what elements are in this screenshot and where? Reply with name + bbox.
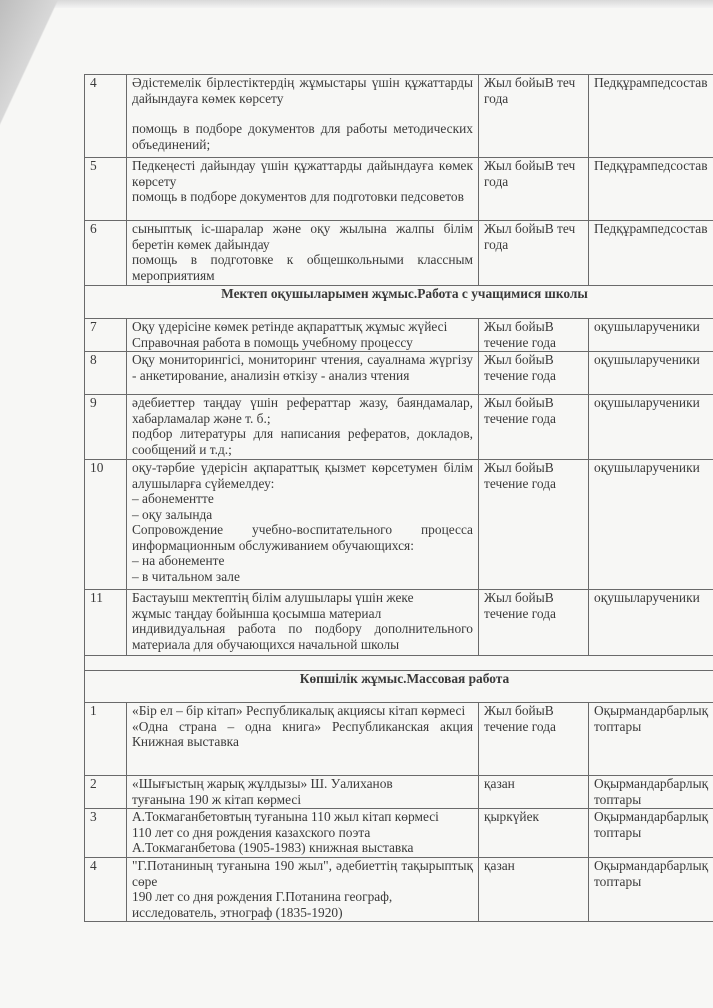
table-row: 8Оқу мониторингісі, мониторинг чтения, с… [85, 352, 713, 395]
section-heading: Мектеп оқушыларымен жұмыс.Работа с учащи… [85, 286, 713, 319]
blank-row [85, 656, 713, 671]
responsible-cell: Педқұрампедсостав [589, 158, 713, 221]
deadline-cell: Жыл бойыВ течение года [479, 590, 589, 656]
activity-ru: помощь в подготовке к общешкольными клас… [132, 252, 473, 283]
table-row: 10оқу-тәрбие үдерісін ақпараттық қызмет … [85, 460, 713, 590]
table-row: 2«Шығыстың жарық жұлдызы» Ш. Уалихановту… [85, 776, 713, 809]
activity-kz: сыныптық іс-шаралар және оқу жылына жалп… [132, 221, 473, 252]
activity-cell: Әдістемелік бірлестіктердің жұмыстары үш… [127, 75, 479, 158]
row-number-text: 11 [90, 590, 103, 605]
row-number: 10 [85, 460, 127, 590]
responsible-cell: Оқырмандарбарлық топтары [589, 809, 713, 858]
activity-line: Бастауыш мектептің білім алушылары үшін … [132, 590, 473, 606]
responsible-text: оқушылар [594, 590, 652, 605]
table-row: 3А.Токмаганбетовтың туғанына 110 жыл кіт… [85, 809, 713, 858]
table-row: 1«Бір ел – бір кітап» Республикалық акци… [85, 703, 713, 776]
deadline-cell: Жыл бойыВ теч года [479, 75, 589, 158]
deadline-cell: Жыл бойыВ течение года [479, 352, 589, 395]
deadline-cell: Жыл бойыВ течение года [479, 395, 589, 460]
responsible-text: оқушылар [594, 352, 652, 367]
responsible-cell: Педқұрампедсостав [589, 221, 713, 286]
row-number-text: 6 [90, 221, 97, 236]
deadline-cell: қазан [479, 776, 589, 809]
activity-line: подбор литературы для написания реферато… [132, 426, 473, 457]
responsible-text: Педқұрам [594, 75, 651, 90]
work-plan-table: 4Әдістемелік бірлестіктердің жұмыстары ү… [84, 74, 713, 922]
row-number-text: 8 [90, 352, 97, 367]
responsible-text: Оқырмандар [594, 858, 667, 873]
activity-line: "Г.Потаниның туғанына 190 жыл", әдебиетт… [132, 858, 473, 889]
row-number: 1 [85, 703, 127, 776]
activity-ru: помощь в подборе документов для работы м… [132, 121, 473, 152]
deadline-cell: Жыл бойыВ теч года [479, 158, 589, 221]
activity-line: Справочная работа в помощь учебному проц… [132, 335, 473, 351]
section-title-kz: Мектеп оқушыларымен жұмыс. [221, 286, 417, 301]
responsible-text: Оқырмандар [594, 809, 667, 824]
responsible-cell: оқушыларученики [589, 590, 713, 656]
activity-line: исследователь, этнограф (1835-1920) [132, 905, 473, 921]
section-title-ru: Работа с учащимися школы [417, 286, 588, 301]
responsible-text: ученики [652, 395, 699, 410]
deadline-text: қазан [484, 858, 515, 873]
table-row: 7Оқу үдерісіне көмек ретінде ақпараттық … [85, 319, 713, 352]
row-number: 9 [85, 395, 127, 460]
row-number-text: 4 [90, 858, 97, 873]
row-number-text: 5 [90, 158, 97, 173]
deadline-text: Жыл бойы [484, 221, 545, 236]
row-number: 6 [85, 221, 127, 286]
activity-cell: сыныптық іс-шаралар және оқу жылына жалп… [127, 221, 479, 286]
deadline-text: Жыл бойы [484, 158, 545, 173]
deadline-text: қыркүйек [484, 809, 539, 824]
section-title-ru: Массовая работа [407, 671, 510, 686]
responsible-cell: Оқырмандарбарлық топтары [589, 776, 713, 809]
deadline-cell: қазан [479, 858, 589, 922]
responsible-cell: оқушыларученики [589, 352, 713, 395]
activity-line: оқу-тәрбие үдерісін ақпараттық қызмет кө… [132, 460, 473, 491]
row-number-text: 3 [90, 809, 97, 824]
table-row: 5Педкеңесті дайындау үшін құжаттарды дай… [85, 158, 713, 221]
activity-cell: Педкеңесті дайындау үшін құжаттарды дайы… [127, 158, 479, 221]
responsible-text: ученики [652, 590, 699, 605]
activity-line: әдебиеттер таңдау үшін рефераттар жазу, … [132, 395, 473, 426]
row-number: 2 [85, 776, 127, 809]
deadline-text: Жыл бойы [484, 395, 545, 410]
section-title-kz: Көпшілік жұмыс. [300, 671, 407, 686]
deadline-cell: қыркүйек [479, 809, 589, 858]
activity-line: А.Токмаганбетова (1905-1983) книжная выс… [132, 840, 473, 856]
scan-corner-shadow [0, 0, 70, 200]
table-row: 4Әдістемелік бірлестіктердің жұмыстары ү… [85, 75, 713, 158]
activity-line: Оқу мониторингісі, мониторинг чтения, са… [132, 352, 473, 383]
deadline-cell: Жыл бойыВ теч года [479, 221, 589, 286]
row-number: 4 [85, 75, 127, 158]
responsible-cell: Оқырмандарбарлық топтары [589, 703, 713, 776]
responsible-text: Оқырмандар [594, 703, 667, 718]
row-number: 11 [85, 590, 127, 656]
deadline-text: Жыл бойы [484, 352, 545, 367]
section-heading: Көпшілік жұмыс.Массовая работа [85, 671, 713, 703]
activity-cell: оқу-тәрбие үдерісін ақпараттық қызмет кө… [127, 460, 479, 590]
activity-cell: әдебиеттер таңдау үшін рефераттар жазу, … [127, 395, 479, 460]
activity-line: индивидуальная работа по подбору дополни… [132, 621, 473, 652]
responsible-text: ученики [652, 352, 699, 367]
activity-cell: Бастауыш мектептің білім алушылары үшін … [127, 590, 479, 656]
deadline-text: қазан [484, 776, 515, 791]
table-row: 11Бастауыш мектептің білім алушылары үші… [85, 590, 713, 656]
responsible-text: Педқұрам [594, 158, 651, 173]
activity-line: А.Токмаганбетовтың туғанына 110 жыл кіта… [132, 809, 473, 825]
activity-line: 190 лет со дня рождения Г.Потанина геогр… [132, 889, 473, 905]
responsible-cell: Педқұрампедсостав [589, 75, 713, 158]
activity-line: «Одна страна – одна книга» Республиканск… [132, 719, 473, 750]
activity-line: Сопровождение учебно-воспитательного про… [132, 522, 473, 553]
table-row: 9әдебиеттер таңдау үшін рефераттар жазу,… [85, 395, 713, 460]
table-row: 6сыныптық іс-шаралар және оқу жылына жал… [85, 221, 713, 286]
activity-cell: «Бір ел – бір кітап» Республикалық акция… [127, 703, 479, 776]
row-number-text: 2 [90, 776, 97, 791]
deadline-text: Жыл бойы [484, 319, 545, 334]
deadline-text: Жыл бойы [484, 460, 545, 475]
row-number: 4 [85, 858, 127, 922]
activity-line: – абонементте [132, 491, 473, 507]
activity-cell: «Шығыстың жарық жұлдызы» Ш. Уалихановтуғ… [127, 776, 479, 809]
activity-line: туғанына 190 ж кітап көрмесі [132, 792, 473, 808]
blank-cell [85, 656, 713, 671]
responsible-text: ученики [652, 319, 699, 334]
section-mass: Көпшілік жұмыс.Массовая работа [85, 671, 713, 703]
row-number-text: 7 [90, 319, 97, 334]
responsible-cell: Оқырмандарбарлық топтары [589, 858, 713, 922]
activity-line: «Бір ел – бір кітап» Республикалық акция… [132, 703, 473, 719]
row-number: 3 [85, 809, 127, 858]
deadline-cell: Жыл бойыВ течение года [479, 460, 589, 590]
row-number: 7 [85, 319, 127, 352]
activity-line: – в читальном зале [132, 569, 473, 585]
activity-line: жұмыс таңдау бойынша қосымша материал [132, 606, 473, 622]
deadline-text: Жыл бойы [484, 75, 545, 90]
row-number: 8 [85, 352, 127, 395]
responsible-cell: оқушыларученики [589, 395, 713, 460]
row-number-text: 1 [90, 703, 97, 718]
activity-line: – оқу залында [132, 507, 473, 523]
scan-top-shadow [0, 0, 713, 8]
activity-kz: Педкеңесті дайындау үшін құжаттарды дайы… [132, 158, 473, 189]
activity-kz: Әдістемелік бірлестіктердің жұмыстары үш… [132, 75, 473, 106]
responsible-text: Оқырмандар [594, 776, 667, 791]
responsible-cell: оқушыларученики [589, 319, 713, 352]
activity-cell: "Г.Потаниның туғанына 190 жыл", әдебиетт… [127, 858, 479, 922]
activity-cell: А.Токмаганбетовтың туғанына 110 жыл кіта… [127, 809, 479, 858]
responsible-text: оқушылар [594, 460, 652, 475]
responsible-text: педсостав [651, 221, 708, 236]
row-number-text: 9 [90, 395, 97, 410]
responsible-text: оқушылар [594, 319, 652, 334]
responsible-text: ученики [652, 460, 699, 475]
row-number-text: 4 [90, 75, 97, 90]
responsible-cell: оқушыларученики [589, 460, 713, 590]
responsible-text: педсостав [651, 158, 708, 173]
table-row: 4"Г.Потаниның туғанына 190 жыл", әдебиет… [85, 858, 713, 922]
deadline-cell: Жыл бойыВ течение года [479, 319, 589, 352]
activity-line: «Шығыстың жарық жұлдызы» Ш. Уалиханов [132, 776, 473, 792]
activity-cell: Оқу үдерісіне көмек ретінде ақпараттық ж… [127, 319, 479, 352]
deadline-cell: Жыл бойыВ течение года [479, 703, 589, 776]
activity-line: 110 лет со дня рождения казахского поэта [132, 825, 473, 841]
activity-cell: Оқу мониторингісі, мониторинг чтения, са… [127, 352, 479, 395]
activity-line: – на абонементе [132, 553, 473, 569]
row-number-text: 10 [90, 460, 103, 475]
deadline-text: Жыл бойы [484, 590, 545, 605]
activity-ru: помощь в подборе документов для подготов… [132, 189, 473, 205]
activity-line: Оқу үдерісіне көмек ретінде ақпараттық ж… [132, 319, 473, 335]
responsible-text: Педқұрам [594, 221, 651, 236]
row-number: 5 [85, 158, 127, 221]
section-students: Мектеп оқушыларымен жұмыс.Работа с учащи… [85, 286, 713, 319]
responsible-text: оқушылар [594, 395, 652, 410]
responsible-text: педсостав [651, 75, 708, 90]
deadline-text: Жыл бойы [484, 703, 545, 718]
